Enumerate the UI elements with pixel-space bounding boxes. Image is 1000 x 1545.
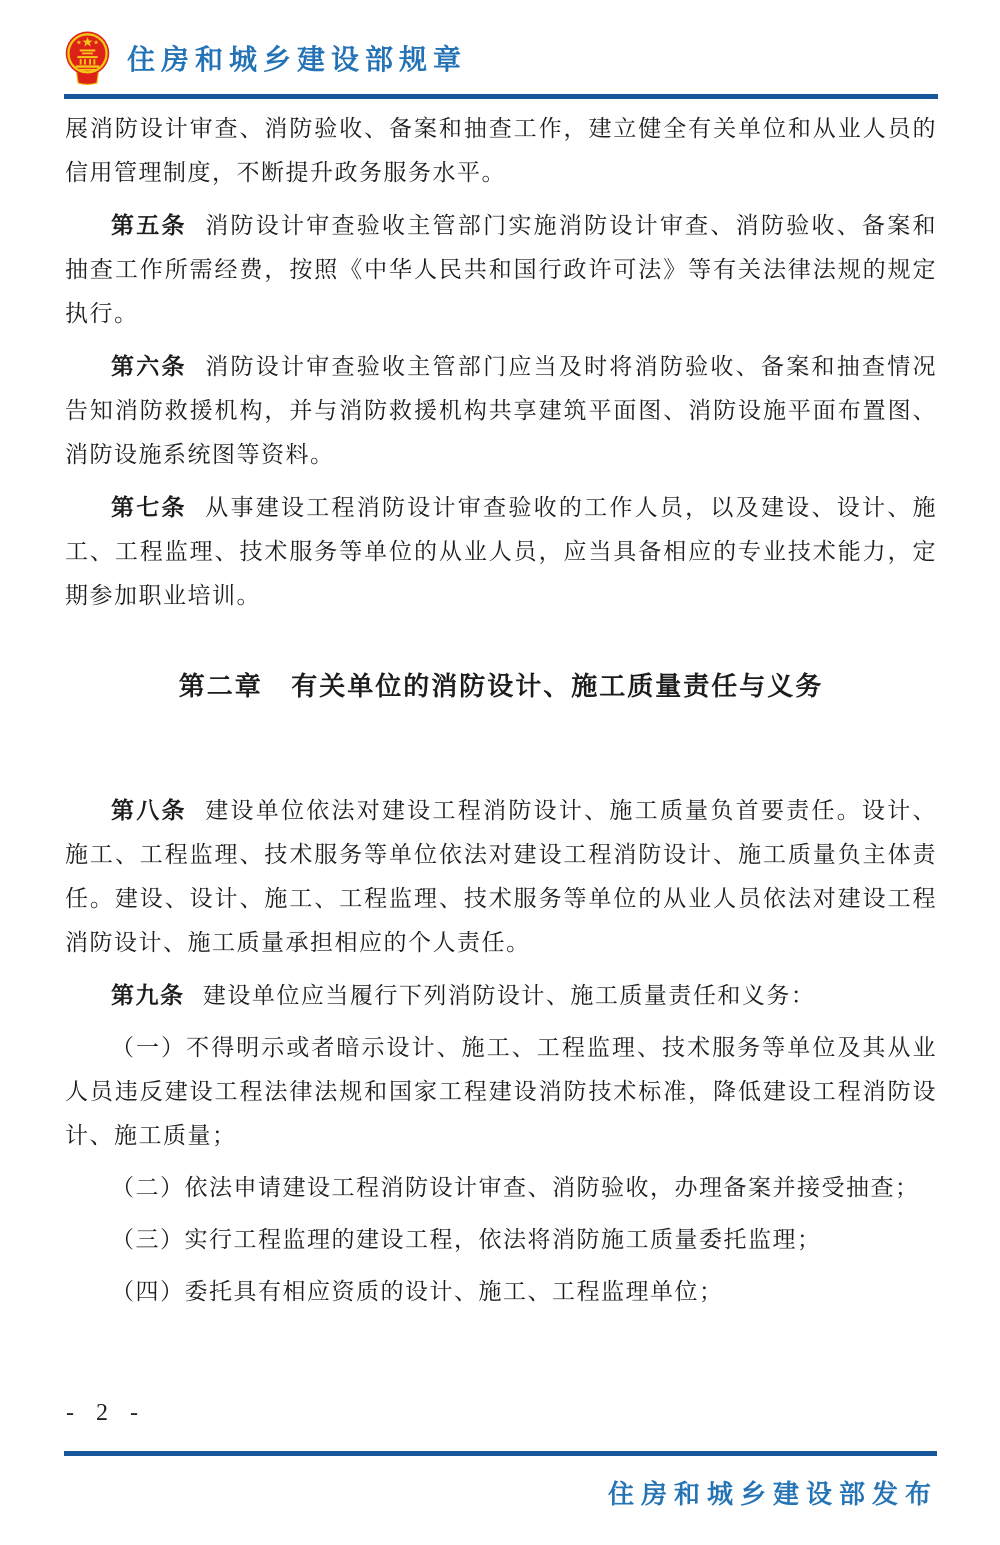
page-header: 住房和城乡建设部规章 (64, 0, 938, 100)
chapter-title-text: 有关单位的消防设计、施工质量责任与义务 (291, 671, 823, 701)
paragraph-text: 消防设计审查验收主管部门实施消防设计审查、消防验收、备案和抽查工作所需经费，按照… (65, 213, 937, 326)
paragraph-text: （二）依法申请建设工程消防设计审查、消防验收，办理备案并接受抽查； (111, 1175, 920, 1200)
header-title: 住房和城乡建设部规章 (127, 38, 467, 78)
chapter-heading: 第二章有关单位的消防设计、施工质量责任与义务 (65, 662, 937, 710)
page-number: - 2 - (66, 1400, 146, 1427)
header-brand: 住房和城乡建设部规章 (64, 30, 467, 86)
article-number: 第九条 (111, 982, 185, 1008)
item-paragraph: （二）依法申请建设工程消防设计审查、消防验收，办理备案并接受抽查； (65, 1166, 937, 1210)
paragraph-text: 建设单位依法对建设工程消防设计、施工质量负首要责任。设计、施工、工程监理、技术服… (65, 798, 937, 955)
article-paragraph: 第九条建设单位应当履行下列消防设计、施工质量责任和义务： (65, 973, 937, 1018)
article-paragraph: 第八条建设单位依法对建设工程消防设计、施工质量负首要责任。设计、施工、工程监理、… (65, 788, 937, 965)
footer-divider (64, 1451, 937, 1456)
paragraph-text: 消防设计审查验收主管部门应当及时将消防验收、备案和抽查情况告知消防救援机构，并与… (65, 354, 937, 467)
article-paragraph: 第七条从事建设工程消防设计审查验收的工作人员，以及建设、设计、施工、工程监理、技… (65, 485, 937, 618)
document-page: 住房和城乡建设部规章 展消防设计审查、消防验收、备案和抽查工作，建立健全有关单位… (0, 0, 1000, 1545)
item-paragraph: （四）委托具有相应资质的设计、施工、工程监理单位； (65, 1270, 937, 1314)
paragraph-text: （一）不得明示或者暗示设计、施工、工程监理、技术服务等单位及其从业人员违反建设工… (65, 1035, 937, 1148)
item-paragraph: （三）实行工程监理的建设工程，依法将消防施工质量委托监理； (65, 1218, 937, 1262)
article-number: 第八条 (111, 797, 187, 823)
item-paragraph: （一）不得明示或者暗示设计、施工、工程监理、技术服务等单位及其从业人员违反建设工… (65, 1026, 937, 1158)
chapter-number: 第二章 (179, 671, 263, 701)
paragraph-text: （四）委托具有相应资质的设计、施工、工程监理单位； (111, 1279, 724, 1304)
national-emblem-icon (64, 30, 111, 86)
article-paragraph: 第五条消防设计审查验收主管部门实施消防设计审查、消防验收、备案和抽查工作所需经费… (65, 203, 937, 336)
publisher-label: 住房和城乡建设部发布 (608, 1474, 938, 1511)
article-number: 第五条 (111, 212, 187, 238)
paragraph-text: 展消防设计审查、消防验收、备案和抽查工作，建立健全有关单位和从业人员的信用管理制… (65, 116, 937, 185)
paragraph-text: 建设单位应当履行下列消防设计、施工质量责任和义务： (203, 983, 816, 1008)
document-body: 展消防设计审查、消防验收、备案和抽查工作，建立健全有关单位和从业人员的信用管理制… (65, 107, 937, 1322)
continuation-paragraph: 展消防设计审查、消防验收、备案和抽查工作，建立健全有关单位和从业人员的信用管理制… (65, 107, 937, 195)
article-paragraph: 第六条消防设计审查验收主管部门应当及时将消防验收、备案和抽查情况告知消防救援机构… (65, 344, 937, 477)
header-divider (64, 94, 938, 99)
article-number: 第七条 (111, 494, 187, 520)
paragraph-text: （三）实行工程监理的建设工程，依法将消防施工质量委托监理； (111, 1227, 822, 1252)
article-number: 第六条 (111, 353, 187, 379)
paragraph-text: 从事建设工程消防设计审查验收的工作人员，以及建设、设计、施工、工程监理、技术服务… (65, 495, 937, 608)
